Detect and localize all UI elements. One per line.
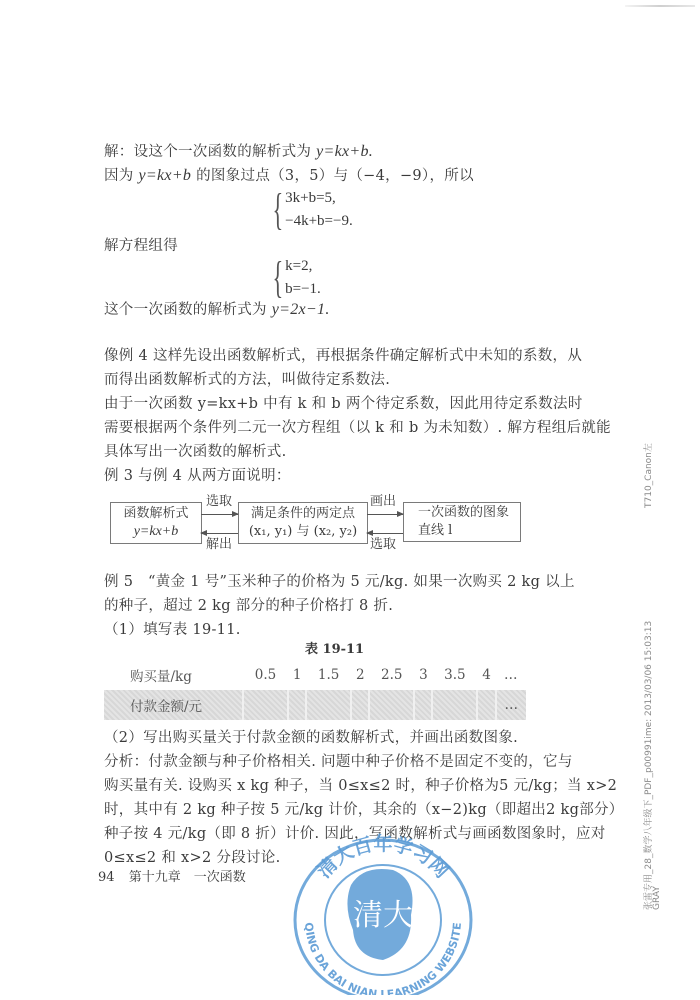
box-math: (x₁, y₁) 与 (x₂, y₂) — [239, 523, 367, 541]
equation: 3k+b=5, — [285, 188, 353, 209]
analysis-line-2: 购买量有关. 设购买 x kg 种子，当 0≤x≤2 时，种子价格为5 元/kg… — [104, 776, 617, 796]
table-cell: 1 — [288, 660, 306, 690]
paragraph-1-line-2: 而得出函数解析式的方法，叫做待定系数法. — [104, 370, 390, 390]
arrow-label-select: 选取 — [206, 494, 232, 510]
table-cell-blank[interactable] — [414, 690, 432, 720]
question-2: （2）写出购买量关于付款金额的函数解析式，并画出函数图象. — [104, 728, 518, 748]
paragraph-2-line-1: 由于一次函数 y=kx+b 中有 k 和 b 两个待定系数，因此用待定系数法时 — [104, 394, 583, 414]
example5-question-1: （1）填写表 19-11. — [104, 620, 241, 640]
box-label: 满足条件的两定点 — [239, 505, 367, 523]
table-cell: 4 — [477, 660, 495, 690]
paragraph-2-line-2: 需要根据两个条件列二元一次方程组（以 k 和 b 为未知数）. 解方程组后就能 — [104, 418, 611, 438]
example5-line-1: 例 5 “黄金 1 号”玉米种子的价格为 5 元/kg. 如果一次购买 2 kg… — [104, 572, 575, 592]
page-edge-mark — [625, 5, 695, 7]
example5-line-2: 的种子，超过 2 kg 部分的种子价格打 8 折. — [104, 596, 393, 616]
brace-icon: { — [273, 188, 284, 232]
equation: k=2, — [285, 256, 321, 277]
diagram-box-function: 函数解析式 y=kx+b — [110, 502, 202, 544]
scan-mark-file: 张雷专用_28_数学八年级下_PDF_p00991ime: 2013/03/06… — [641, 621, 654, 910]
table-cell-blank[interactable] — [306, 690, 351, 720]
table-row-quantity: 购买量/kg 0.5 1 1.5 2 2.5 3 3.5 4 … — [104, 660, 526, 690]
paragraph-3: 例 3 与例 4 从两方面说明： — [104, 466, 291, 486]
box-label: 函数解析式 — [111, 505, 201, 523]
analysis-line-3: 时，其中有 2 kg 种子按 5 元/kg 计价，其余的（x−2)kg（即超出2… — [104, 800, 624, 820]
chapter-title: 第十九章 一次函数 — [129, 870, 246, 885]
table-cell: … — [496, 660, 527, 690]
text: 这个一次函数的解析式为 — [104, 302, 272, 318]
arrow-label-solve: 解出 — [206, 537, 232, 553]
diagram-box-two-points: 满足条件的两定点 (x₁, y₁) 与 (x₂, y₂) — [238, 502, 368, 544]
math-expression: y=kx+b. — [316, 143, 373, 160]
arrow-left-icon — [367, 533, 403, 534]
table-cell-blank[interactable] — [243, 690, 288, 720]
page-number: 94 — [98, 870, 115, 885]
table-cell: 0.5 — [243, 660, 288, 690]
data-table: 购买量/kg 0.5 1 1.5 2 2.5 3 3.5 4 … 付款金额/元 … — [104, 660, 526, 720]
table-cell-blank[interactable] — [351, 690, 369, 720]
arrow-label-draw: 画出 — [370, 494, 396, 510]
table-cell: … — [496, 690, 527, 720]
scan-mark-device: T710_Canon左 — [641, 443, 654, 508]
table-cell: 3.5 — [432, 660, 477, 690]
paragraph-1-line-1: 像例 4 这样先设出函数解析式，再根据条件确定解析式中未知的系数，从 — [104, 346, 582, 366]
arrow-left-icon — [201, 533, 238, 534]
row-label: 付款金额/元 — [104, 690, 243, 720]
table-title: 表 19-11 — [305, 638, 364, 657]
analysis-line-5: 0≤x≤2 和 x>2 分段讨论. — [104, 848, 281, 868]
table-cell: 2 — [351, 660, 369, 690]
math-expression: y=2x−1. — [272, 301, 330, 318]
equation: −4k+b=−9. — [285, 211, 353, 232]
solution-line-4: 这个一次函数的解析式为 y=2x−1. — [104, 300, 330, 320]
watermark-stamp: 清大 清大百年学习网 QING DA BAI NIAN LEARNING WEB… — [283, 825, 483, 995]
svg-text:清大: 清大 — [353, 898, 413, 933]
math-expression: y=kx+b — [139, 167, 192, 184]
text: 的图象过点（3，5）与（−4，−9），所以 — [191, 168, 474, 184]
table-cell: 2.5 — [369, 660, 414, 690]
solution-line-3: 解方程组得 — [104, 236, 178, 256]
equation-system-1: { 3k+b=5, −4k+b=−9. — [262, 188, 353, 232]
table-cell-blank[interactable] — [432, 690, 477, 720]
equation: b=−1. — [285, 279, 321, 300]
table-cell: 1.5 — [306, 660, 351, 690]
page-footer: 94 第十九章 一次函数 — [98, 866, 256, 885]
arrow-right-icon — [201, 514, 238, 515]
solution-line-1: 解：设这个一次函数的解析式为 y=kx+b. — [104, 142, 373, 162]
paragraph-2-line-3: 具体写出一次函数的解析式. — [104, 442, 287, 462]
box-math: y=kx+b — [111, 523, 201, 541]
text: 解：设这个一次函数的解析式为 — [104, 144, 316, 160]
row-label: 购买量/kg — [104, 660, 243, 690]
table-cell-blank[interactable] — [477, 690, 495, 720]
table-cell: 3 — [414, 660, 432, 690]
arrow-right-icon — [367, 514, 403, 515]
brace-icon: { — [273, 256, 284, 300]
solution-line-2: 因为 y=kx+b 的图象过点（3，5）与（−4，−9），所以 — [104, 166, 474, 186]
scan-mark-mode: GRAY — [652, 886, 662, 910]
equation-system-2: { k=2, b=−1. — [262, 256, 321, 300]
box-label: 一次函数的图象 — [418, 504, 520, 522]
box-label: 直线 l — [418, 522, 520, 540]
text: 因为 — [104, 168, 139, 184]
stamp-logo-icon: 清大 清大百年学习网 QING DA BAI NIAN LEARNING WEB… — [283, 825, 483, 995]
arrow-label-select: 选取 — [370, 537, 396, 553]
table-cell-blank[interactable] — [369, 690, 414, 720]
diagram-box-graph: 一次函数的图象 直线 l — [403, 502, 521, 542]
analysis-line-1: 分析：付款金额与种子价格相关. 问题中种子价格不是固定不变的，它与 — [104, 752, 573, 772]
table-row-payment: 付款金额/元 … — [104, 690, 526, 720]
table-cell-blank[interactable] — [288, 690, 306, 720]
